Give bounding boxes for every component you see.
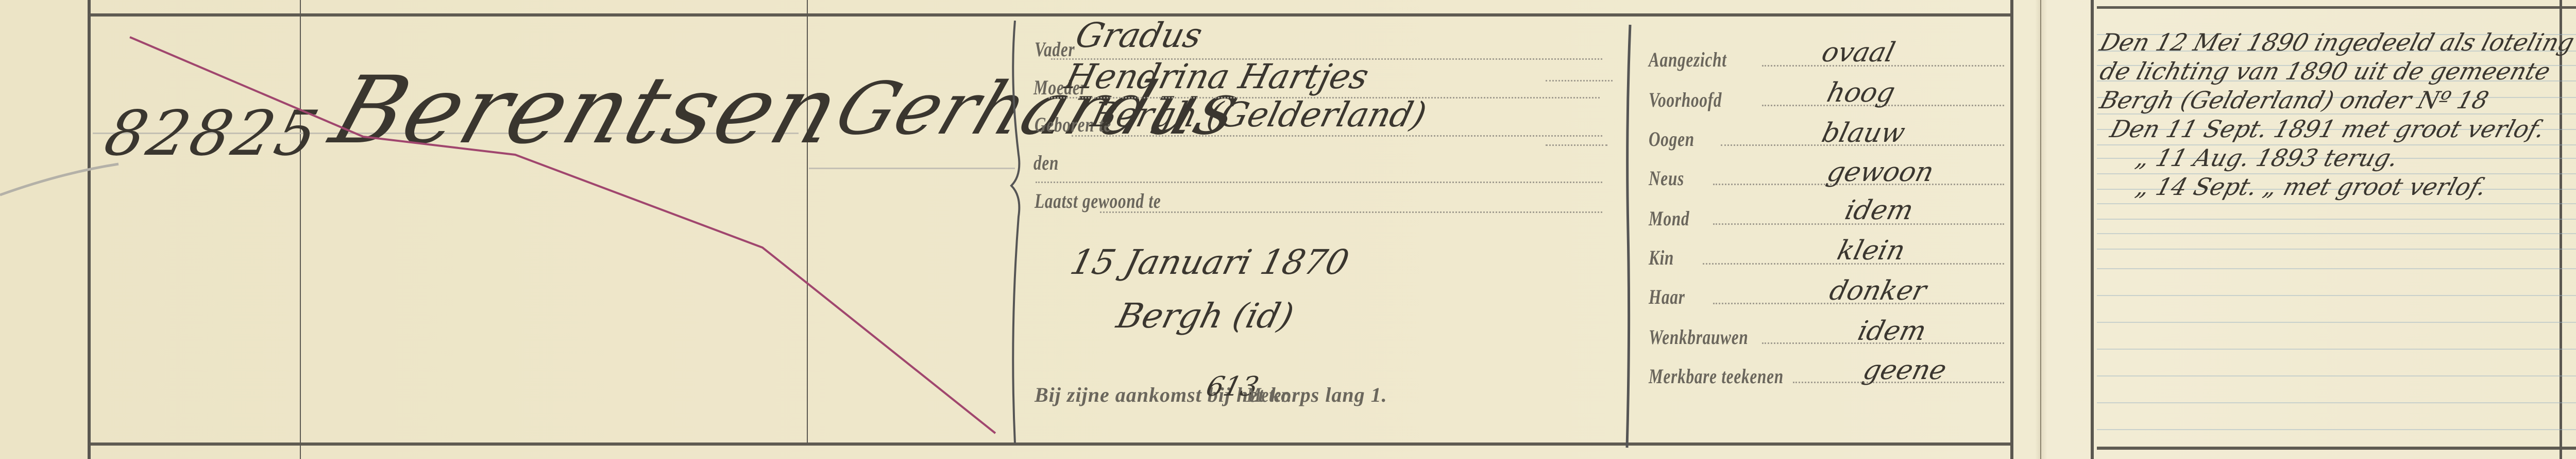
value-kin: klein (1834, 235, 1908, 266)
description-brace (1623, 25, 1638, 448)
dotline-geboren (1072, 135, 1602, 137)
value-vader: Gradus (1072, 15, 1206, 55)
right-header-rule (2097, 6, 2576, 9)
book-spine (2035, 0, 2047, 459)
value-geboren-te: Bergh (Gelderland) (1087, 95, 1431, 135)
label-den: den (1033, 151, 1059, 175)
service-record: Den 12 Mei 1890 ingedeeld als loteling v… (2094, 20, 2558, 209)
right-footer-rule (2097, 447, 2576, 450)
record-line: „ 14 Sept. „ met groot verlof. (2130, 164, 2576, 209)
value-voorhoofd: hoog (1824, 77, 1898, 108)
height-suffix: Meter. (1247, 383, 1292, 407)
value-aangezicht: ovaal (1819, 37, 1898, 68)
label-mond: Mond (1649, 206, 1689, 231)
label-merkbare-teekenen: Merkbare teekenen (1649, 364, 1784, 388)
dotline-laatst (1100, 211, 1602, 213)
dotline-den (1036, 182, 1602, 183)
value-mond: idem (1842, 195, 1917, 226)
label-aangezicht: Aangezicht (1649, 47, 1727, 72)
value-neus: gewoon (1824, 157, 1937, 188)
value-haar: donker (1826, 275, 1929, 306)
left-dotline-1 (1546, 80, 1613, 81)
strike-through-line (0, 0, 1030, 459)
label-kin: Kin (1649, 245, 1674, 270)
value-merkbare-teekenen: geene (1860, 355, 1950, 386)
left-page-inner-border (2010, 0, 2013, 459)
label-vader: Vader (1035, 37, 1075, 61)
value-moeder: Hendrina Hartjes (1061, 57, 1372, 96)
label-haar: Haar (1649, 285, 1685, 309)
value-den: 15 Januari 1870 (1066, 242, 1353, 282)
empty-column-1 (2563, 9, 2576, 447)
label-wenkbrauwen: Wenkbrauwen (1649, 325, 1749, 349)
value-wenkbrauwen: idem (1855, 316, 1929, 347)
label-oogen: Oogen (1649, 127, 1694, 151)
value-oogen: blauw (1819, 118, 1908, 149)
spine-line (2040, 0, 2041, 459)
label-laatst-gewoond: Laatst gewoond te (1035, 189, 1161, 213)
personal-info-brace (1007, 21, 1028, 444)
value-laatst-gewoond: Bergh (id) (1113, 296, 1298, 336)
left-dotline-2 (1546, 144, 1607, 146)
label-neus: Neus (1649, 166, 1684, 190)
right-page-inner-border (2091, 0, 2094, 459)
label-voorhoofd: Voorhoofd (1649, 88, 1722, 112)
